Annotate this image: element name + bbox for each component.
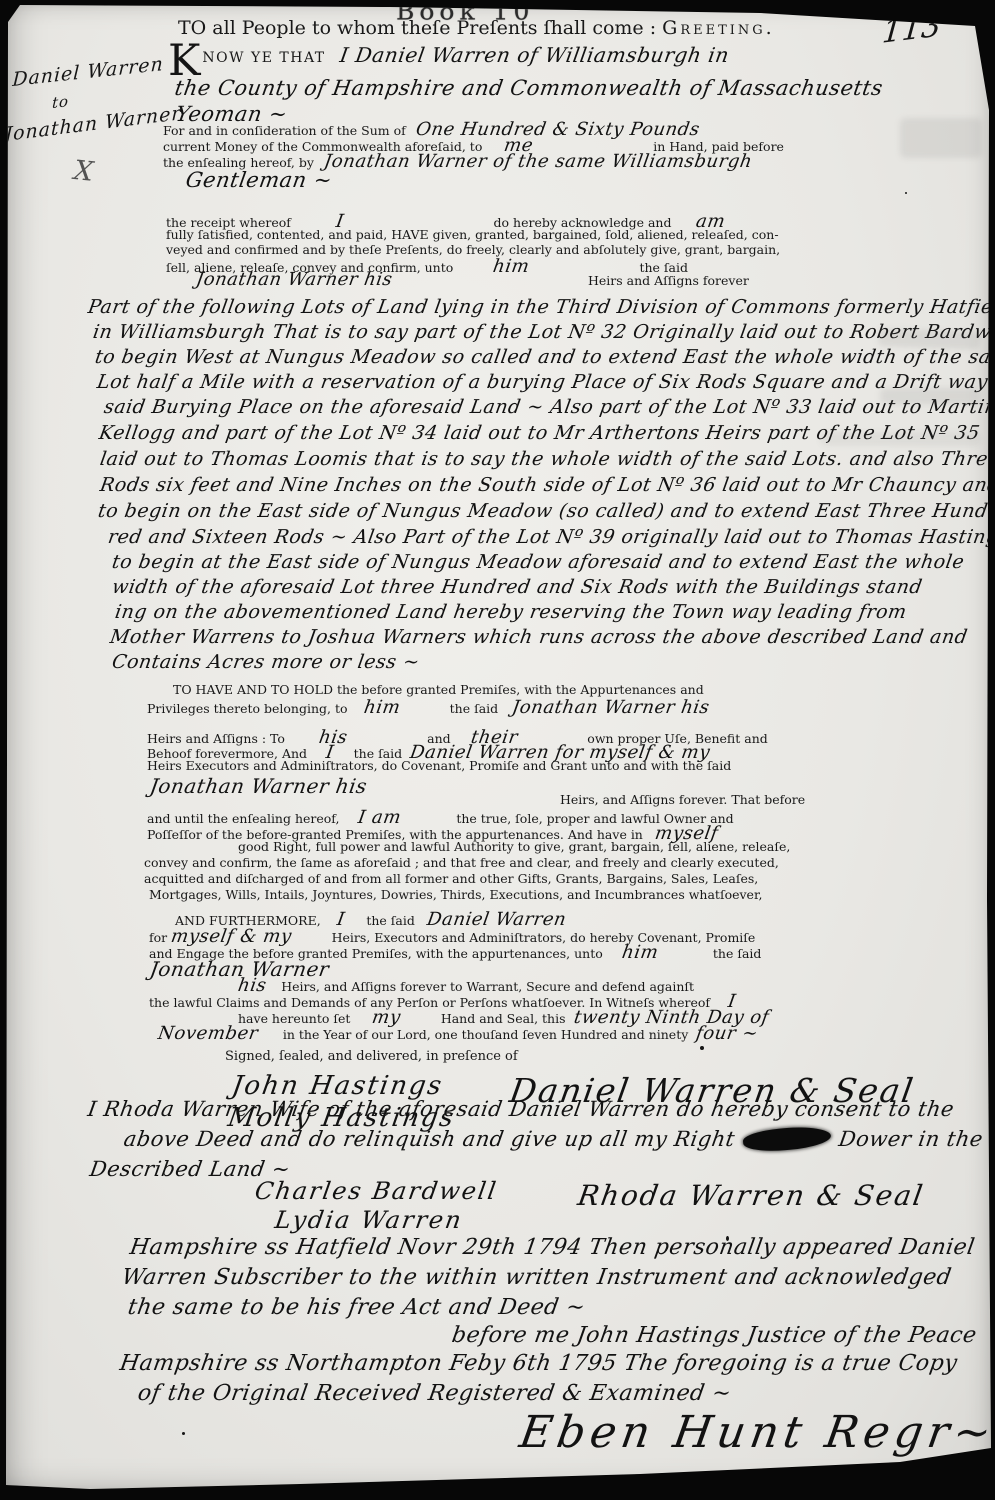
acknowledgment-1: Hampshire ss Hatfield Novr 29th 1794 The…	[130, 1235, 975, 1260]
deed-body-7: laid out to Thomas Loomis that is to say…	[100, 449, 995, 471]
sig-charles-bardwell: Charles Bardwell	[255, 1178, 497, 1206]
line-convey: convey and confirm, the ſame as aforeſai…	[144, 856, 779, 870]
line-county: the County of Hampshire and Commonwealth…	[175, 76, 883, 100]
printed-text: Greeting.	[662, 17, 775, 39]
handwritten-text: said Burying Place on the aforesaid Land…	[102, 397, 995, 419]
margin-note-grantee: Jonathan Warner	[4, 103, 181, 147]
handwritten-text: I Rhoda Warren Wife of the aforesaid Dan…	[86, 1097, 956, 1121]
rhoda-consent-2: above Deed and do relinquish and give up…	[124, 1127, 995, 1151]
handwritten-text: Eben Hunt Regr~	[516, 1408, 995, 1459]
handwritten-text: width of the aforesaid Lot three Hundred…	[110, 577, 924, 599]
margin-note-grantor: Daniel Warren	[12, 54, 164, 92]
printed-text: acquitted and diſcharged of and from all…	[144, 871, 758, 886]
page-number: 113	[881, 8, 943, 52]
handwritten-text: Gentleman ~	[184, 168, 334, 192]
deed-body-5: said Burying Place on the aforesaid Land…	[104, 397, 995, 419]
printed-text: Signed, ſealed, and delivered, in preſen…	[225, 1049, 518, 1064]
scanned-deed-page: Book 10 113 Daniel Warren to Jonathan Wa…	[0, 0, 995, 1500]
deed-body-3: to begin West at Nungus Meadow so called…	[95, 347, 995, 369]
handwritten-text: four ~	[695, 1024, 760, 1045]
line-signed: Signed, ſealed, and delivered, in preſen…	[225, 1050, 518, 1065]
handwritten-text: Mother Warrens to Joshua Warners which r…	[108, 627, 969, 649]
handwritten-text: the same to be his free Act and Deed ~	[126, 1295, 587, 1320]
handwritten-text: him	[362, 698, 401, 719]
ink-blot	[742, 1124, 832, 1154]
printed-text: convey and confirm, the ſame as aforeſai…	[144, 855, 779, 870]
printed-text: Mortgages, Wills, Intails, Joyntures, Do…	[149, 887, 763, 902]
handwritten-text: to begin at the East side of Nungus Mead…	[110, 552, 965, 574]
handwritten-text: Hampshire ss Northampton Feby 6th 1795 T…	[118, 1351, 959, 1376]
handwritten-text: laid out to Thomas Loomis that is to say…	[98, 449, 995, 471]
printed-text: TO all People to whom theſe Preſents ſha…	[178, 17, 662, 39]
handwritten-text: Contains Acres more or less ~	[110, 652, 421, 674]
sig-register: Eben Hunt Regr~	[520, 1408, 995, 1459]
registry-1: Hampshire ss Northampton Feby 6th 1795 T…	[120, 1351, 957, 1376]
line-that-before: Heirs, and Aſſigns forever. That before	[560, 793, 805, 807]
handwritten-text: I Daniel Warren of Williamsburgh in	[338, 44, 731, 67]
handwritten-text: red and Sixteen Rods ~ Also Part of the …	[106, 527, 995, 549]
handwritten-text: Charles Bardwell	[253, 1178, 500, 1206]
handwritten-text: Rhoda Warren & Seal	[575, 1180, 926, 1212]
printed-text: fully ſatisfied, contented, and paid, HA…	[166, 227, 779, 242]
printed-text: Heirs Executors and Adminiſtrators, do C…	[147, 758, 731, 773]
line-heirs-forever: Heirs and Aſſigns forever	[588, 274, 749, 288]
deed-body-2: in Williamsburgh That is to say part of …	[93, 322, 995, 344]
line-heirs-exec: Heirs Executors and Adminiſtrators, do C…	[147, 759, 731, 773]
deed-body-12: width of the aforesaid Lot three Hundred…	[112, 577, 922, 599]
printed-text: Heirs, and Aſſigns forever. That before	[560, 792, 805, 807]
handwritten-text: Lot half a Mile with a reservation of a …	[95, 372, 995, 394]
ink-speck	[182, 1432, 185, 1435]
deed-body-8: Rods six feet and Nine Inches on the Sou…	[100, 475, 995, 497]
printed-text: NOW YE THAT	[202, 50, 331, 66]
handwritten-text: Hampshire ss Hatfield Novr 29th 1794 The…	[128, 1235, 977, 1260]
printed-text: Heirs and Aſſigns forever	[588, 273, 749, 288]
printed-text: the ſaid	[450, 701, 499, 716]
handwritten-text: in Williamsburgh That is to say part of …	[91, 322, 995, 344]
handwritten-text: Jonathan Warner his	[511, 698, 712, 719]
line-grantee-fill: Jonathan Warner his	[196, 270, 392, 291]
handwritten-text: Warren Subscriber to the within written …	[120, 1265, 953, 1290]
bleed-through-mark	[878, 328, 981, 350]
handwritten-text: Dower in the above	[837, 1127, 995, 1151]
line-veyed: veyed and confirmed and by theſe Preſent…	[166, 243, 780, 257]
deed-body-1: Part of the following Lots of Land lying…	[88, 297, 995, 319]
ink-speck	[700, 1046, 704, 1050]
deed-body-4: Lot half a Mile with a reservation of a …	[97, 372, 995, 394]
sig-rhoda-warren-seal: Rhoda Warren & Seal	[578, 1180, 924, 1212]
headline: TO all People to whom theſe Preſents ſha…	[178, 18, 775, 40]
line-tohave: TO HAVE AND TO HOLD the before granted P…	[173, 683, 704, 697]
printed-text: TO HAVE AND TO HOLD the before granted P…	[173, 682, 704, 697]
line-mortgages: Mortgages, Wills, Intails, Joyntures, Do…	[149, 888, 763, 902]
deed-body-10: red and Sixteen Rods ~ Also Part of the …	[108, 527, 995, 549]
margin-x-mark: X	[72, 155, 95, 188]
sig-lydia-warren: Lydia Warren	[275, 1207, 463, 1235]
margin-note-to: to	[52, 93, 70, 112]
line-november: Novemberin the Year of our Lord, one tho…	[158, 1024, 758, 1045]
line-acquitted: acquitted and diſcharged of and from all…	[144, 872, 758, 886]
line-goodright: good Right, full power and lawful Author…	[238, 840, 790, 854]
registry-2: of the Original Received Registered & Ex…	[138, 1381, 731, 1406]
handwritten-text: of the Original Received Registered & Ex…	[136, 1381, 733, 1406]
rhoda-consent-1: I Rhoda Warren Wife of the aforesaid Dan…	[88, 1097, 954, 1121]
handwritten-text: November	[156, 1024, 259, 1045]
printed-text: Privileges thereto belonging, to	[147, 701, 352, 716]
handwritten-text: to begin on the East side of Nungus Mead…	[96, 501, 989, 523]
line-know-ye: KNOW YE THAT I Daniel Warren of Williams…	[168, 44, 729, 77]
handwritten-text: Jonathan Warner his	[194, 270, 393, 291]
bleed-through-mark	[880, 388, 980, 404]
line-privileges: Privileges thereto belonging, to himthe …	[147, 698, 710, 719]
acknowledgment-2: Warren Subscriber to the within written …	[122, 1265, 951, 1290]
ink-speck	[694, 1332, 697, 1335]
deed-body-13: ing on the abovementioned Land hereby re…	[115, 602, 907, 624]
handwritten-text: before me John Hastings Justice of the P…	[450, 1323, 978, 1348]
deed-body-11: to begin at the East side of Nungus Mead…	[112, 552, 964, 574]
handwritten-text: Jonathan Warner of the same Williamsburg…	[322, 152, 753, 173]
handwritten-text: Lydia Warren	[273, 1207, 465, 1235]
ink-speck	[905, 192, 907, 194]
printed-text: the ſaid	[713, 946, 762, 961]
handwritten-text: him	[492, 257, 531, 278]
acknowledgment-3: the same to be his free Act and Deed ~	[128, 1295, 585, 1320]
handwritten-text: Part of the following Lots of Land lying…	[86, 297, 995, 319]
printed-text: in the Year of our Lord, one thouſand ſe…	[283, 1027, 688, 1042]
bleed-through-mark	[820, 432, 980, 446]
deed-body-9: to begin on the East side of Nungus Mead…	[98, 501, 988, 523]
line-warner-his2: Jonathan Warner his	[150, 775, 367, 798]
line-gentleman: Gentleman ~	[186, 168, 332, 192]
handwritten-text: to begin West at Nungus Meadow so called…	[93, 347, 995, 369]
printed-text: veyed and confirmed and by theſe Preſent…	[166, 242, 780, 257]
acknowledgment-justice: before me John Hastings Justice of the P…	[452, 1323, 976, 1348]
paper: Book 10 113 Daniel Warren to Jonathan Wa…	[0, 0, 995, 1500]
handwritten-text: the County of Hampshire and Commonwealth…	[173, 76, 885, 100]
deed-body-15: Contains Acres more or less ~	[112, 652, 419, 674]
printed-text: good Right, full power and lawful Author…	[238, 839, 790, 854]
bleed-through-mark	[900, 118, 982, 158]
handwritten-text: Jonathan Warner his	[148, 775, 369, 798]
handwritten-text: him	[620, 943, 659, 964]
handwritten-text: above Deed and do relinquish and give up…	[122, 1127, 737, 1151]
handwritten-text: Rods six feet and Nine Inches on the Sou…	[98, 475, 995, 497]
deed-body-14: Mother Warrens to Joshua Warners which r…	[110, 627, 967, 649]
line-satisfied: fully ſatisfied, contented, and paid, HA…	[166, 228, 779, 242]
ink-speck	[726, 1236, 729, 1241]
printed-text: the ſaid	[366, 913, 415, 928]
handwritten-text: ing on the abovementioned Land hereby re…	[113, 602, 908, 624]
